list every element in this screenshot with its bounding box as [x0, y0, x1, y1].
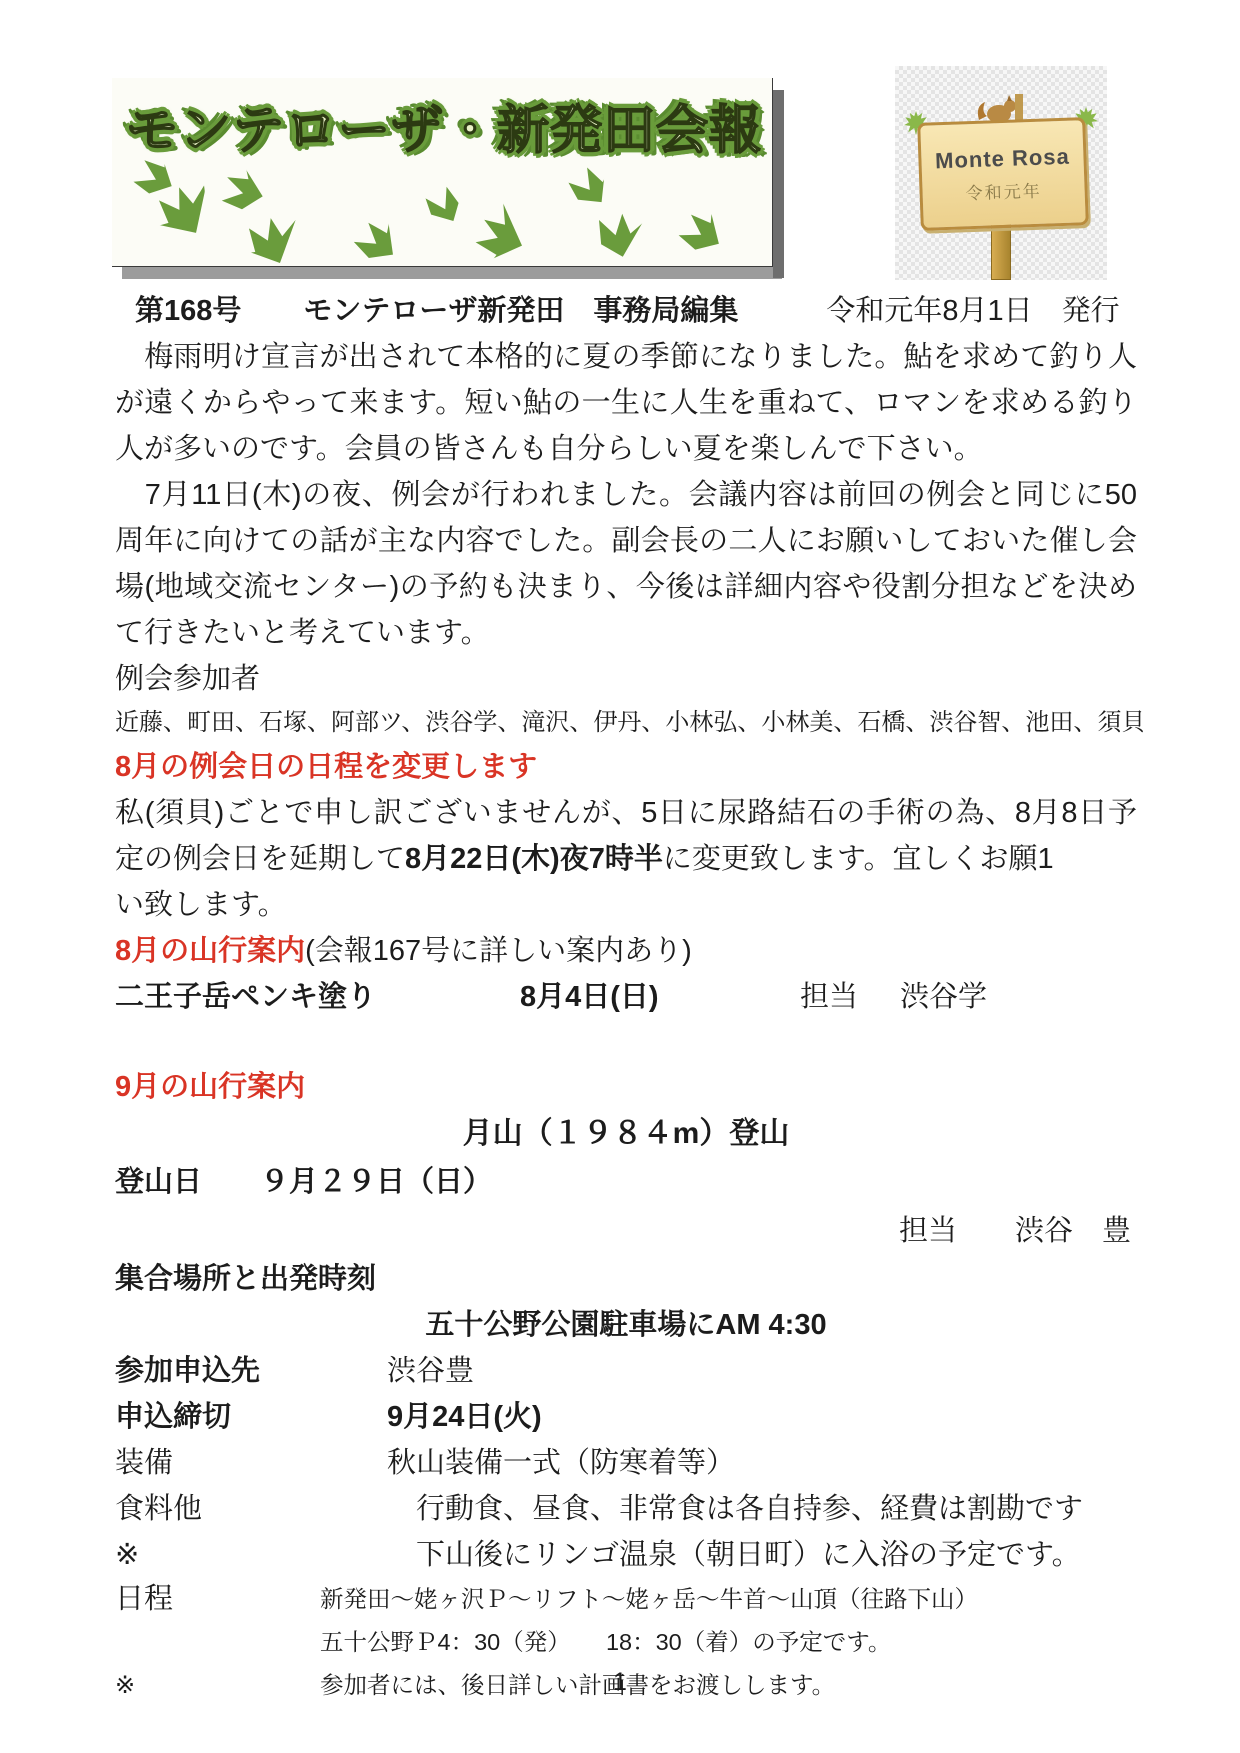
info-row: 五十公野Ｐ4：30（発） 18：30（着）の予定です。 [115, 1621, 1137, 1664]
august-hike-row: 二王子岳ペンキ塗り 8月4日(日) 担当 渋谷学 [115, 974, 1137, 1020]
participants-list: 近藤、町田、石塚、阿部ツ、渋谷学、滝沢、伊丹、小林弘、小林美、石橋、渋谷智、池田… [115, 702, 1137, 744]
issue-number: 第168号 [135, 295, 241, 327]
info-row: 日程 新発田～姥ヶ沢Ｐ～リフト～姥ヶ岳～牛首～山頂（往路下山） [115, 1578, 1137, 1621]
meet-heading: 集合場所と出発時刻 [115, 1256, 1137, 1302]
newsletter-page: モンテローザ・新発田会報 Monte Rosa 令和元年 第168号モン [0, 0, 1240, 1753]
meeting-change-text: に変更致します。宜しくお願1 [663, 843, 1054, 875]
section-heading-august-meeting: 8月の例会日の日程を変更します [115, 744, 1137, 790]
section-heading-august-hike: 8月の山行案内(会報167号に詳しい案内あり) [115, 928, 1137, 974]
info-row: 食料他 行動食、昼食、非常食は各自持参、経費は割勘です [115, 1486, 1137, 1532]
row-value: 渋谷豊 [387, 1348, 1137, 1394]
row-label: 食料他 [115, 1486, 387, 1532]
row-value: 五十公野Ｐ4：30（発） 18：30（着）の予定です。 [320, 1621, 1137, 1664]
meeting-change-text: い致します。 [115, 889, 287, 921]
row-value: 下山後にリンゴ温泉（朝日町）に入浴の予定です。 [387, 1532, 1137, 1578]
maple-leaf-icon [663, 199, 719, 255]
intro-paragraph: 梅雨明け宣言が出されて本格的に夏の季節になりました。鮎を求めて釣り人が遠くからや… [115, 334, 1137, 472]
sign-text-year: 令和元年 [965, 176, 1042, 204]
climb-day-label: 登山日 [115, 1158, 260, 1206]
event-title: 月山（１９８４m）登山 [115, 1110, 1137, 1158]
row-value: 新発田～姥ヶ沢Ｐ～リフト～姥ヶ岳～牛首～山頂（往路下山） [320, 1578, 1137, 1621]
row-value: 秋山装備一式（防寒着等） [387, 1440, 1137, 1486]
meet-place: 五十公野公園駐車場にAM 4:30 [115, 1302, 1137, 1348]
editor-credit: モンテローザ新発田 事務局編集 [303, 295, 738, 327]
masthead: 第168号モンテローザ新発田 事務局編集令和元年8月1日 発行 [115, 288, 1137, 334]
row-label: 申込締切 [115, 1394, 387, 1440]
row-label: 日程 [115, 1578, 320, 1621]
row-value: 行動食、昼食、非常食は各自持参、経費は割勘です [387, 1486, 1137, 1532]
event-date: 8月4日(日) [520, 974, 800, 1020]
august-hike-note: (会報167号に詳しい案内あり) [305, 935, 692, 967]
meeting-change-paragraph: 私(須貝)ごとで申し訳ございませんが、5日に尿路結石の手術の為、8月8日予定の例… [115, 790, 1137, 928]
newsletter-title: モンテローザ・新発田会報 [126, 88, 762, 163]
leader-name: 渋谷学 [900, 974, 987, 1020]
climb-day-row: 登山日 ９月２９日（日） [115, 1158, 1137, 1206]
maple-leaf-icon [558, 154, 606, 202]
row-label: 装備 [115, 1440, 387, 1486]
leader-name: 渋谷 豊 [1015, 1215, 1131, 1247]
meeting-change-new-date: 8月22日(木)夜7時半 [405, 843, 663, 875]
publish-date: 令和元年8月1日 発行 [826, 295, 1119, 327]
row-label [115, 1621, 320, 1664]
maple-leaf-icon [341, 209, 393, 261]
info-row: 装備 秋山装備一式（防寒着等） [115, 1440, 1137, 1486]
row-value: 9月24日(火) [387, 1394, 1137, 1440]
signpost-image: Monte Rosa 令和元年 [895, 66, 1107, 280]
participants-label: 例会参加者 [115, 656, 1137, 702]
leader-line: 担当渋谷 豊 [115, 1206, 1137, 1256]
meeting-report-paragraph: 7月11日(木)の夜、例会が行われました。会議内容は前回の例会と同じに50周年に… [115, 472, 1137, 656]
event-name: 二王子岳ペンキ塗り [115, 974, 520, 1020]
newsletter-body: 第168号モンテローザ新発田 事務局編集令和元年8月1日 発行 梅雨明け宣言が出… [115, 288, 1137, 1707]
sign-board: Monte Rosa 令和元年 [917, 117, 1089, 231]
maple-leaf-icon [413, 169, 465, 221]
section-heading-september-hike: 9月の山行案内 [115, 1064, 1137, 1110]
climb-day: ９月２９日（日） [260, 1158, 492, 1206]
leader-label: 担当 [899, 1215, 957, 1247]
info-row: 申込締切 9月24日(火) [115, 1394, 1137, 1440]
page-number: 1 [0, 1668, 1240, 1697]
info-row: ※ 下山後にリンゴ温泉（朝日町）に入浴の予定です。 [115, 1532, 1137, 1578]
maple-leaf-icon [145, 171, 207, 233]
sign-text-en: Monte Rosa [935, 143, 1071, 174]
row-label: ※ [115, 1532, 387, 1578]
leader-label: 担当 [800, 974, 858, 1020]
august-hike-heading: 8月の山行案内 [115, 935, 305, 967]
maple-leaf-icon [456, 200, 522, 266]
newsletter-banner: モンテローザ・新発田会報 [112, 78, 773, 267]
info-row: 参加申込先 渋谷豊 [115, 1348, 1137, 1394]
row-label: 参加申込先 [115, 1348, 387, 1394]
